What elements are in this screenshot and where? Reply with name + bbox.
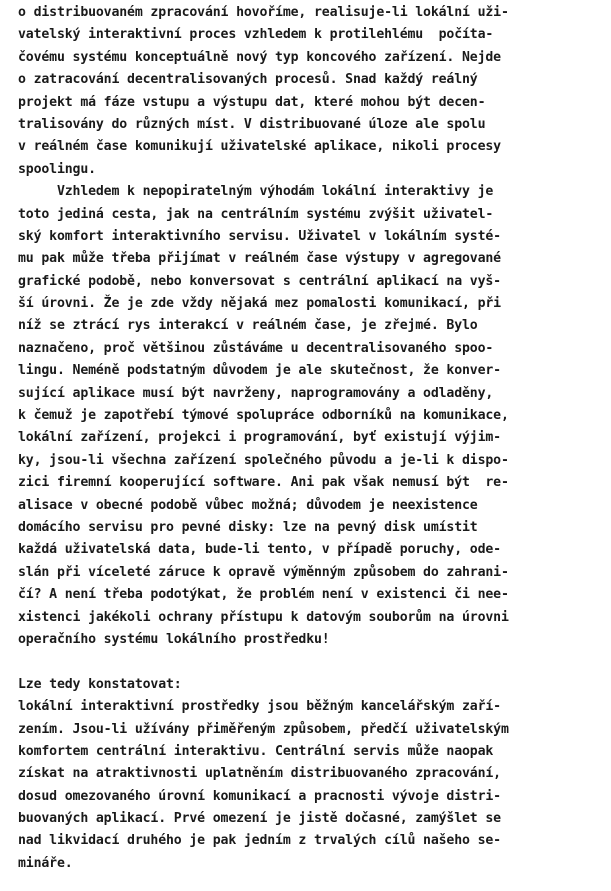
text-line: naznačeno, proč většinou zůstáváme u dec… — [18, 338, 608, 360]
text-line: dosud omezovaného úrovní komunikací a pr… — [18, 786, 608, 808]
text-line: lingu. Neméně podstatným důvodem je ale … — [18, 360, 608, 382]
text-line: k čemuž je zapotřebí týmové spolupráce o… — [18, 405, 608, 427]
blank-line — [18, 651, 608, 673]
text-line: lokální interaktivní prostředky jsou běž… — [18, 696, 608, 718]
text-line: projekt má fáze vstupu a výstupu dat, kt… — [18, 92, 608, 114]
paragraph-local-interactivity: Vzhledem k nepopiratelným výhodám lokáln… — [18, 181, 608, 651]
text-line: toto jediná cesta, jak na centrálním sys… — [18, 204, 608, 226]
text-line: o zatracování decentralisovaných procesů… — [18, 69, 608, 91]
paragraph-distributed-processing: o distribuovaném zpracování hovoříme, re… — [18, 2, 608, 181]
text-line: ky, jsou-li všechna zařízení společného … — [18, 450, 608, 472]
typewritten-page: o distribuovaném zpracování hovoříme, re… — [18, 2, 608, 875]
text-line: Vzhledem k nepopiratelným výhodám lokáln… — [18, 181, 608, 203]
text-line: lokální zařízení, projekci i programován… — [18, 427, 608, 449]
text-line: nad likvidací druhého je pak jedním z tr… — [18, 830, 608, 852]
text-line: operačního systému lokálního prostředku! — [18, 629, 608, 651]
text-line: v reálném čase komunikují uživatelské ap… — [18, 136, 608, 158]
text-line: získat na atraktivnosti uplatněním distr… — [18, 763, 608, 785]
text-line: ší úrovni. Že je zde vždy nějaká mez pom… — [18, 293, 608, 315]
text-line: ský komfort interaktivního servisu. Uživ… — [18, 226, 608, 248]
text-line: čovému systému konceptuálně nový typ kon… — [18, 47, 608, 69]
text-line: mu pak může třeba přijímat v reálném čas… — [18, 248, 608, 270]
text-line: níž se ztrácí rys interakcí v reálném ča… — [18, 315, 608, 337]
text-line: čí? A není třeba podotýkat, že problém n… — [18, 584, 608, 606]
paragraph-conclusion: lokální interaktivní prostředky jsou běž… — [18, 696, 608, 875]
text-line: komfortem centrální interaktivu. Centrál… — [18, 741, 608, 763]
text-line: tralisovány do různých míst. V distribuo… — [18, 114, 608, 136]
text-line: zici firemní kooperující software. Ani p… — [18, 472, 608, 494]
text-line: buovaných aplikací. Prvé omezení je jist… — [18, 808, 608, 830]
text-line: spoolingu. — [18, 159, 608, 181]
text-line: vatelský interaktivní proces vzhledem k … — [18, 24, 608, 46]
text-line: sující aplikace musí být navrženy, napro… — [18, 383, 608, 405]
text-line: každá uživatelská data, bude-li tento, v… — [18, 539, 608, 561]
text-line: o distribuovaném zpracování hovoříme, re… — [18, 2, 608, 24]
text-line: mináře. — [18, 853, 608, 875]
text-line: grafické podobě, nebo konversovat s cent… — [18, 271, 608, 293]
text-line: slán při víceleté záruce k opravě výměnn… — [18, 562, 608, 584]
text-line: domácího servisu pro pevné disky: lze na… — [18, 517, 608, 539]
conclusion-heading: Lze tedy konstatovat: — [18, 674, 608, 696]
text-line: xistenci jakékoli ochrany přístupu k dat… — [18, 607, 608, 629]
text-line: zením. Jsou-li užívány přiměřeným způsob… — [18, 719, 608, 741]
text-line: alisace v obecné podobě vůbec možná; dův… — [18, 495, 608, 517]
